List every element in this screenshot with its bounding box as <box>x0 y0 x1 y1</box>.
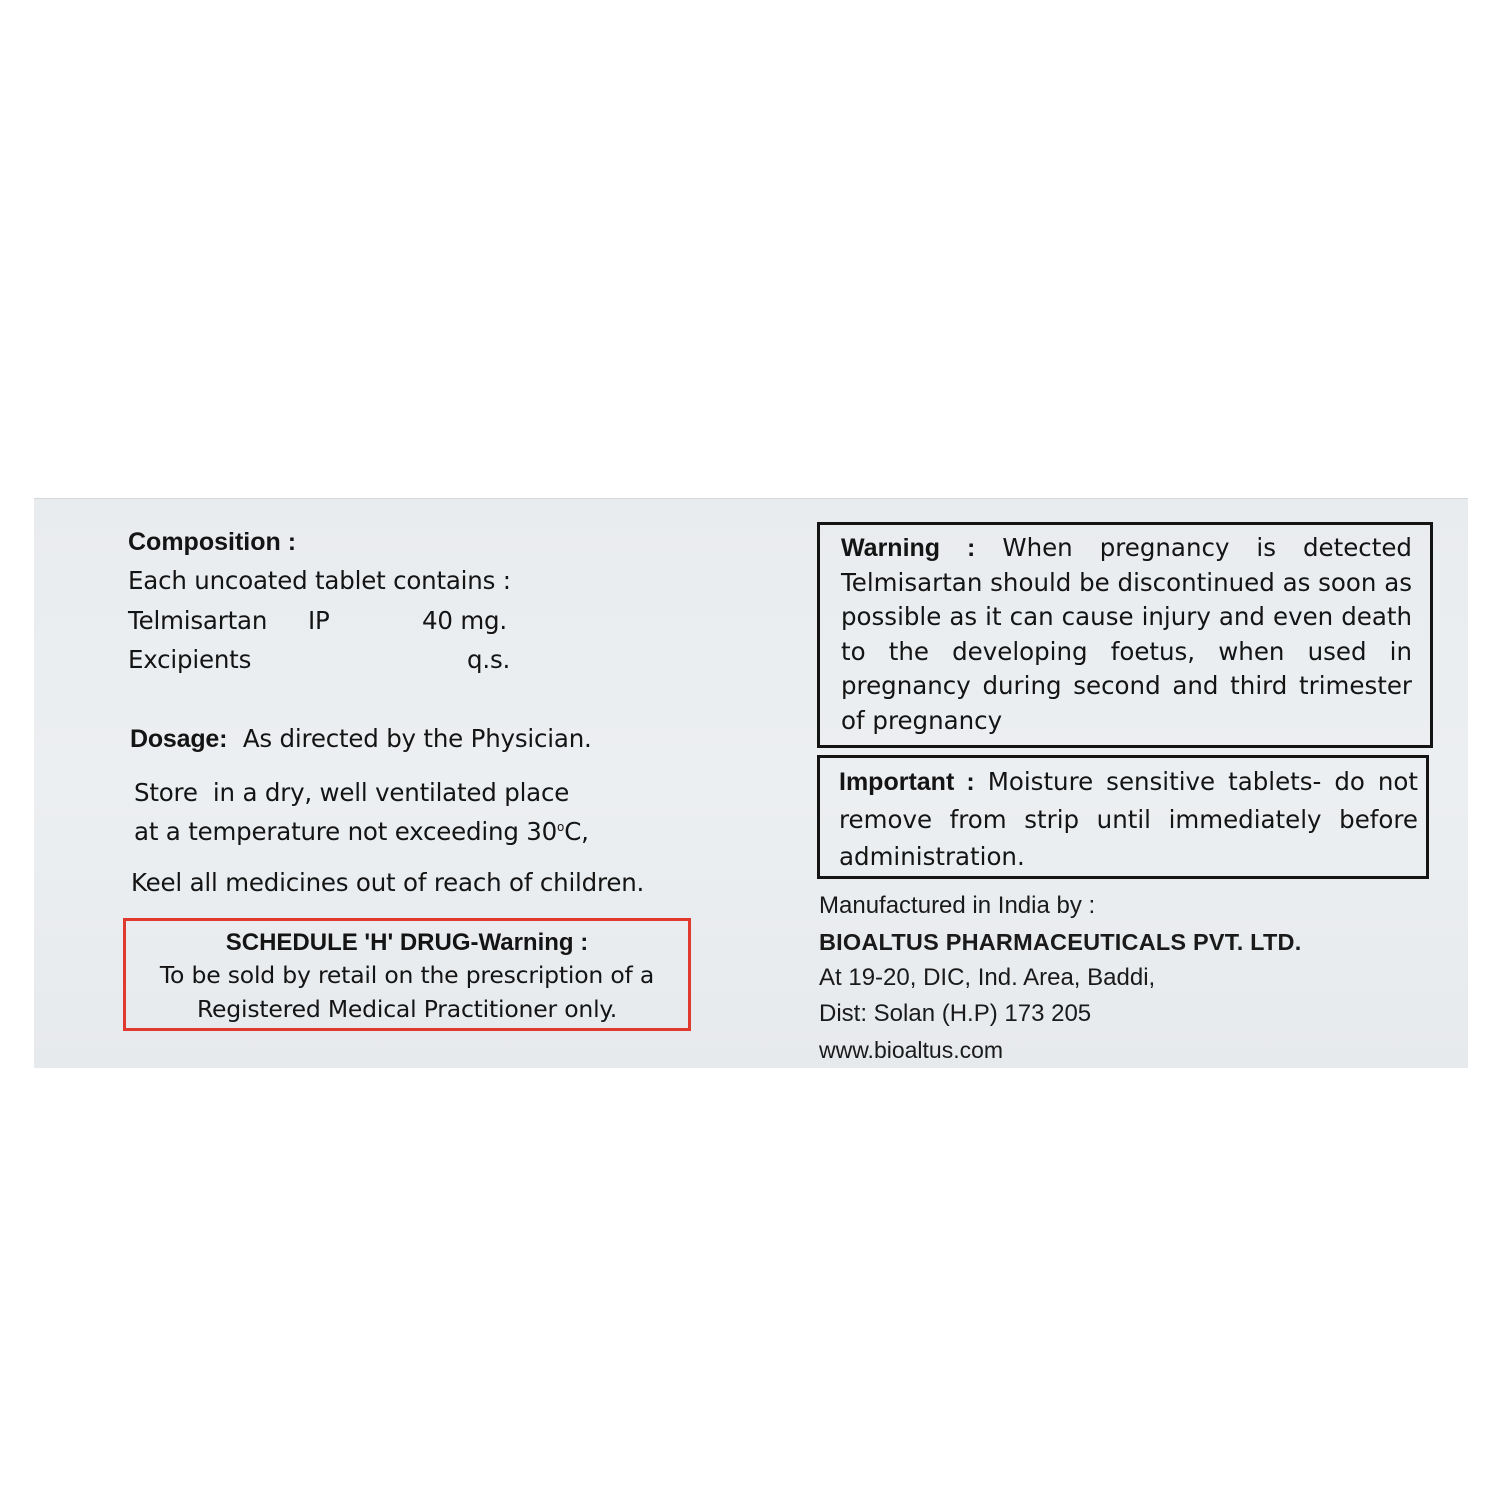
keep-away-from-children: Keel all medicines out of reach of child… <box>131 868 644 897</box>
pregnancy-warning-text: Telmisartan should be discontinued as so… <box>841 568 1412 735</box>
storage-instructions: Store in a dry, well ventilated place at… <box>134 776 589 849</box>
medicine-carton-back-panel: Composition : Each uncoated tablet conta… <box>34 498 1468 1068</box>
schedule-h-line-2: Registered Medical Practitioner only. <box>126 992 688 1026</box>
dosage-label: Dosage: <box>130 725 227 753</box>
pregnancy-warning-label: Warning <box>841 534 940 562</box>
important-notice-box: Important : Moisture sensitive tablets- … <box>817 755 1429 879</box>
important-label: Important : <box>839 768 975 796</box>
manufacturer-company: BIOALTUS PHARMACEUTICALS PVT. LTD. <box>819 924 1301 960</box>
storage-line-2: at a temperature not exceeding 30oC, <box>134 810 589 849</box>
manufacturer-address-1: At 19-20, DIC, Ind. Area, Baddi, <box>819 960 1301 996</box>
manufacturer-block: Manufactured in India by : BIOALTUS PHAR… <box>819 888 1301 1068</box>
schedule-h-title: SCHEDULE 'H' DRUG-Warning : <box>126 928 688 958</box>
dosage-line: Dosage: As directed by the Physician. <box>130 724 592 754</box>
composition-heading: Composition : <box>128 528 296 557</box>
schedule-h-line-1: To be sold by retail on the prescription… <box>126 958 688 992</box>
manufacturer-website: www.bioaltus.com <box>819 1032 1301 1068</box>
pregnancy-warning-first-line: Warning : When pregnancy is detected <box>841 531 1412 566</box>
schedule-h-warning-box: SCHEDULE 'H' DRUG-Warning : To be sold b… <box>123 918 691 1031</box>
ingredient-quantity: q.s. <box>467 645 510 674</box>
composition-intro: Each uncoated tablet contains : <box>128 566 511 595</box>
ingredient-name: Telmisartan <box>128 606 267 635</box>
pregnancy-warning-box: Warning : When pregnancy is detected Tel… <box>817 522 1433 748</box>
dosage-text: As directed by the Physician. <box>243 724 592 753</box>
ingredient-quantity: 40 mg. <box>422 606 507 635</box>
storage-line-1: Store in a dry, well ventilated place <box>134 776 589 810</box>
manufacturer-intro: Manufactured in India by : <box>819 888 1301 924</box>
ingredient-name: Excipients <box>128 645 251 674</box>
ingredient-grade: IP <box>308 606 330 635</box>
manufacturer-address-2: Dist: Solan (H.P) 173 205 <box>819 996 1301 1032</box>
